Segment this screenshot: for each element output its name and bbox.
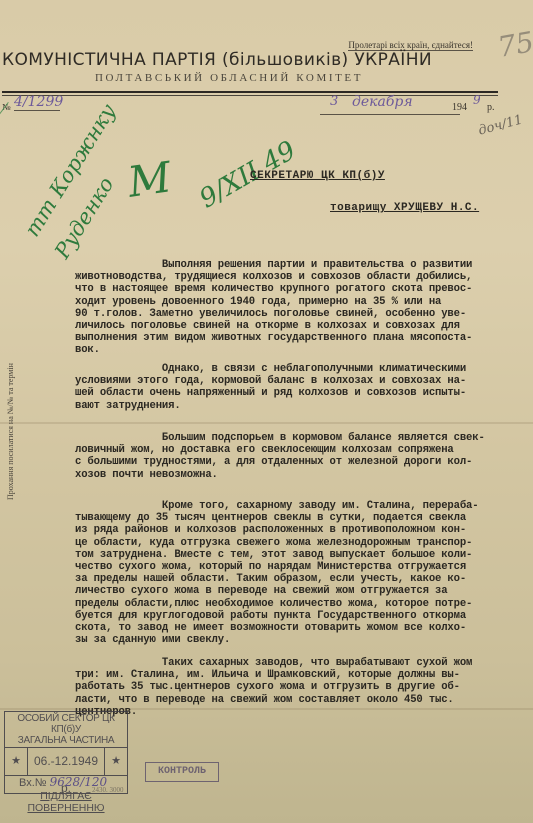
stamp-header: ОСОБИЙ СЕКТОР ЦК КП(б)У ЗАГАЛЬНА ЧАСТИНА [5, 712, 127, 748]
date-day: 3 [330, 94, 338, 109]
stamp-date-row: ★ 06.-12.1949 р. ★ [5, 748, 127, 776]
date-year-prefix: 194 [452, 102, 467, 113]
control-stamp: КОНТРОЛЬ [145, 762, 219, 782]
printer-mark: 2430. 3000 [92, 786, 124, 794]
corner-note: доч/11 [477, 112, 524, 138]
date-month: декабря [352, 94, 413, 110]
stamp-date: 06.-12.1949 р. [27, 748, 105, 775]
body-paragraph: Однако, в связи с неблагополучными клима… [75, 363, 530, 412]
star-icon: ★ [105, 748, 127, 775]
header-rule-thin [2, 95, 498, 96]
signature: М [125, 152, 174, 207]
date-year-suffix: 9 [473, 93, 481, 107]
header-rule [2, 91, 498, 93]
body-paragraph: Большим подспорьем в кормовом балансе яв… [75, 432, 530, 481]
incoming-label: Вх.№ [19, 777, 47, 789]
stamp-sector: ОСОБИЙ СЕКТОР ЦК КП(б)У [5, 713, 127, 735]
resolution-slash [0, 102, 9, 342]
date-year-unit: р. [487, 102, 495, 113]
party-name-header: КОМУНІСТИЧНА ПАРТІЯ (більшовиків) УКРАЇН… [2, 50, 502, 70]
registration-stamp: ОСОБИЙ СЕКТОР ЦК КП(б)У ЗАГАЛЬНА ЧАСТИНА… [4, 711, 128, 794]
body-paragraph: Выполняя решения партии и правительства … [75, 259, 530, 357]
stamp-department: ЗАГАЛЬНА ЧАСТИНА [5, 735, 127, 746]
body-paragraph: Кроме того, сахарному заводу им. Сталина… [75, 500, 530, 646]
star-icon: ★ [5, 748, 27, 775]
body-paragraph: Таких сахарных заводов, что вырабатывают… [75, 657, 530, 718]
margin-note: Прохання посилатися на №/№ та термін [6, 363, 15, 500]
paper-fold [0, 422, 533, 424]
committee-name: ПОЛТАВСЬКИЙ ОБЛАСНИЙ КОМІТЕТ [95, 72, 363, 84]
addressee-name: товарищу ХРУЩЕВУ Н.С. [330, 202, 479, 214]
addressee-title: СЕКРЕТАРЮ ЦК КП(б)У [250, 170, 385, 182]
document-number: 4/1299 [14, 94, 60, 111]
